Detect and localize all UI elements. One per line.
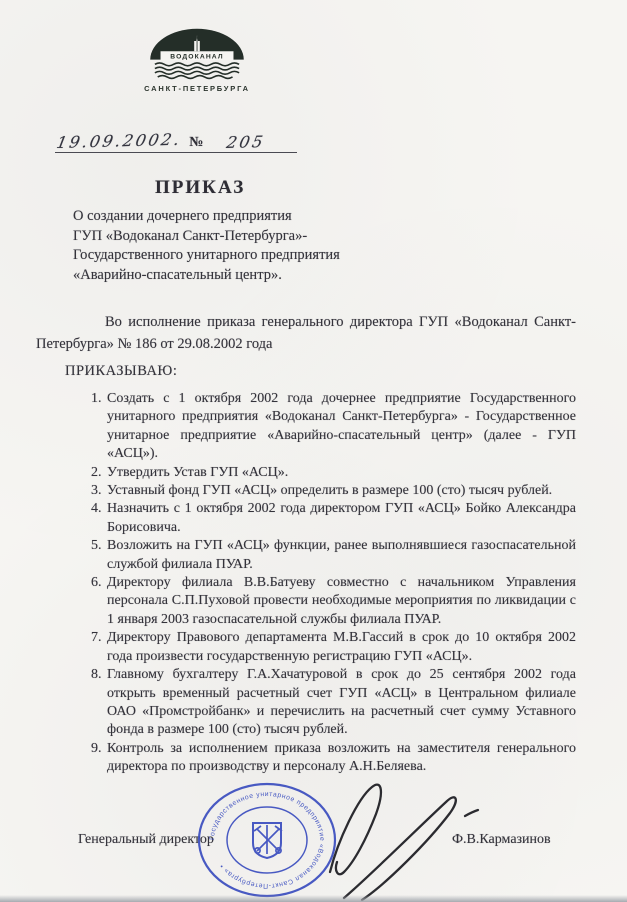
- intro-paragraph: Во исполнение приказа генерального дирек…: [36, 311, 576, 355]
- order-item: Создать с 1 октября 2002 года дочернее п…: [105, 390, 576, 464]
- order-item: Контроль за исполнением приказа возложит…: [105, 740, 576, 777]
- scanned-order-document: ВОДОКАНАЛ САНКТ-ПЕТЕРБУРГА 19.09.2002. №…: [0, 0, 627, 902]
- number-sign: №: [189, 135, 203, 151]
- order-item: Директору филиала В.В.Батуеву совместно …: [105, 574, 576, 629]
- stamp-ring-text: Государственное унитарное предприятие «В…: [209, 791, 325, 889]
- handwritten-date: 19.09.2002.: [55, 130, 183, 152]
- subject-line: О создании дочернего предприятия: [73, 207, 340, 227]
- logo-city-label: САНКТ-ПЕТЕРБУРГА: [133, 84, 261, 93]
- subject-block: О создании дочернего предприятия ГУП «Во…: [73, 207, 340, 285]
- round-stamp-icon: Государственное унитарное предприятие «В…: [196, 781, 338, 899]
- order-item: Главному бухгалтеру Г.А.Хачатуровой в ср…: [105, 666, 576, 740]
- order-title: ПРИКАЗ: [155, 177, 245, 199]
- subject-line: «Аварийно-спасательный центр».: [73, 266, 340, 286]
- order-item: Назначить с 1 октября 2002 года директор…: [105, 500, 576, 537]
- order-item: Директору Правового департамента М.В.Гас…: [105, 629, 576, 666]
- svg-text:Государственное унитарное пред: Государственное унитарное предприятие «В…: [209, 791, 325, 889]
- order-item: Утвердить Устав ГУП «АСЦ».: [105, 464, 576, 482]
- order-item: Уставный фонд ГУП «АСЦ» определить в раз…: [105, 482, 576, 500]
- subject-line: ГУП «Водоканал Санкт-Петербурга»-: [73, 227, 340, 247]
- handwritten-number: 205: [225, 132, 267, 152]
- subject-line: Государственного унитарного предприятия: [73, 246, 340, 266]
- logo-arch-label: ВОДОКАНАЛ: [170, 54, 223, 61]
- scan-bottom-edge: [0, 895, 627, 902]
- signature-name: Ф.В.Кармазинов: [452, 832, 551, 848]
- date-number-line: 19.09.2002. № 205: [55, 124, 297, 153]
- signature-role: Генеральный директор: [78, 832, 214, 848]
- order-list: Создать с 1 октября 2002 года дочернее п…: [36, 390, 576, 777]
- order-item: Возложить на ГУП «АСЦ» функции, ранее вы…: [105, 537, 576, 574]
- vodokanal-logo-icon: ВОДОКАНАЛ: [145, 26, 249, 84]
- order-keyword: ПРИКАЗЫВАЮ:: [65, 363, 177, 380]
